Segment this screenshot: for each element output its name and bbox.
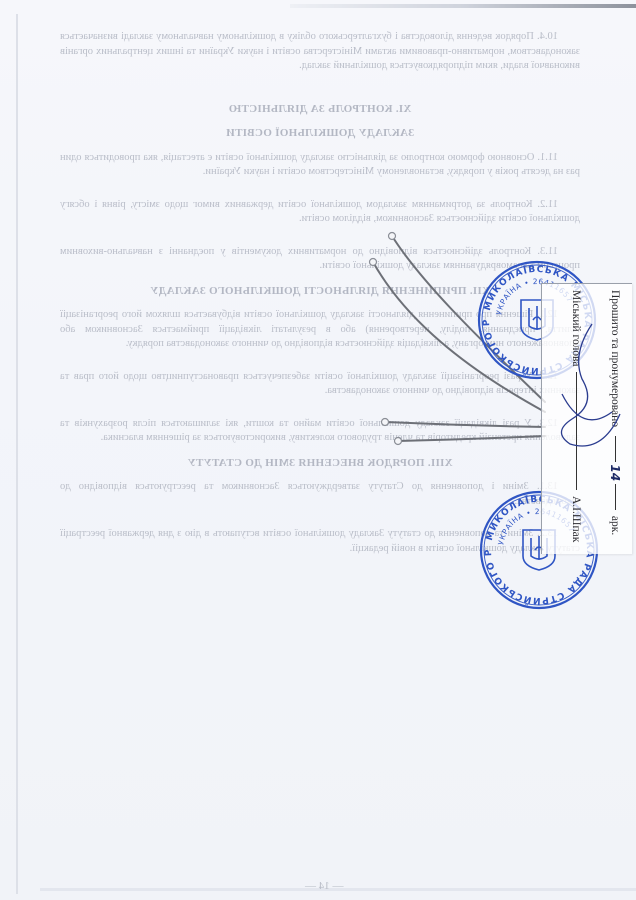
signature-scribble xyxy=(542,284,632,554)
certification-label: Прошито та пронумеровано 14 арк. Міський… xyxy=(541,283,632,554)
scanned-page: 10.4. Порядок ведення діловодства і бухг… xyxy=(0,0,636,900)
